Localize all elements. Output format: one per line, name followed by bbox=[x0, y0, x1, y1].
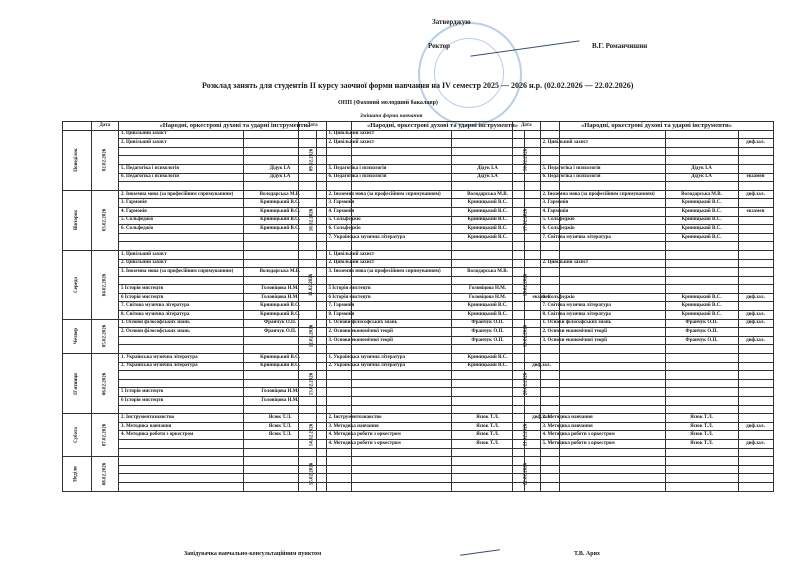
table-row: 2. Основи економічної теоріїФранчук О.П. bbox=[513, 328, 774, 337]
assessment-cell bbox=[738, 354, 773, 363]
teacher-cell: Дідук І.А bbox=[665, 173, 738, 182]
week-table-3: Дата«Народні, оркестрові духові та ударн… bbox=[512, 121, 774, 492]
teacher-cell bbox=[665, 139, 738, 148]
assessment-cell bbox=[738, 242, 773, 251]
assessment-cell: диф.зал. bbox=[738, 336, 773, 345]
teacher-cell: Ясюк Т.Л. bbox=[665, 431, 738, 440]
day-header-blank bbox=[63, 122, 92, 131]
date-cell: 04.02.2026 bbox=[91, 250, 119, 319]
subject-cell bbox=[540, 448, 665, 457]
date-cell: 17.02.2026 bbox=[513, 190, 541, 250]
subject-cell bbox=[540, 379, 665, 388]
subject-cell: 6. Сольфеджіо bbox=[540, 225, 665, 234]
subject-cell: 2. Цивільний захист bbox=[119, 139, 244, 148]
teacher-cell bbox=[665, 397, 738, 406]
teacher-cell: Криницький В.С. bbox=[665, 207, 738, 216]
subject-cell: 4. Гармонія bbox=[540, 207, 665, 216]
date-cell: 11.02.2026 bbox=[299, 250, 327, 319]
subject-cell: 4. Гармонія bbox=[326, 207, 451, 216]
study-form-label: Змішана форма навчання bbox=[360, 113, 423, 119]
date-header: Дата bbox=[299, 122, 327, 131]
footer-position: Завідувачка навчально-консультаційним пу… bbox=[184, 551, 321, 557]
date-cell: 07.02.2026 bbox=[91, 414, 119, 457]
teacher-cell: Криницький В.С. bbox=[665, 216, 738, 225]
teacher-cell bbox=[665, 268, 738, 277]
subject-cell bbox=[540, 474, 665, 483]
table-row: 4. ГармоніяКриницький В.С.екзамен bbox=[513, 207, 774, 216]
table-row: 5. СольфеджіоКриницький В.С. bbox=[513, 216, 774, 225]
assessment-cell bbox=[738, 225, 773, 234]
assessment-cell: диф.зал. bbox=[738, 319, 773, 328]
table-row: 17.02.20262. Іноземна мова (за професійн… bbox=[513, 190, 774, 199]
subject-cell bbox=[540, 371, 665, 380]
subject-cell bbox=[326, 405, 451, 414]
subject-cell: 3. Гармонія bbox=[119, 199, 244, 208]
assessment-cell: диф.зал. bbox=[738, 139, 773, 148]
subject-cell bbox=[540, 405, 665, 414]
table-row: 18.02.2026 bbox=[513, 250, 774, 259]
subject-cell bbox=[326, 156, 451, 165]
teacher-cell: Ясюк Т.Л. bbox=[665, 414, 738, 423]
subject-cell: 2. Методика навчання bbox=[540, 414, 665, 423]
teacher-cell bbox=[665, 147, 738, 156]
subject-cell: 6. Педагогіка і психологія bbox=[119, 173, 244, 182]
subject-cell bbox=[119, 182, 244, 191]
assessment-cell: диф.зал. bbox=[738, 422, 773, 431]
subject-cell bbox=[326, 345, 451, 354]
teacher-cell bbox=[665, 345, 738, 354]
assessment-cell: екзамен bbox=[738, 173, 773, 182]
table-row bbox=[513, 242, 774, 251]
assessment-cell bbox=[738, 474, 773, 483]
table-row: 5. Методика роботи з оркестромЯсюк Т.Л.д… bbox=[513, 439, 774, 448]
subject-cell: 5. Педагогіка і психологія bbox=[540, 164, 665, 173]
teacher-cell: Франчук О.П. bbox=[665, 336, 738, 345]
day-name-cell: Понеділок bbox=[63, 130, 92, 190]
teacher-cell: Франчук О.П. bbox=[665, 328, 738, 337]
teacher-cell: Володарська М.В. bbox=[665, 190, 738, 199]
subject-cell bbox=[119, 336, 244, 345]
teacher-cell bbox=[665, 405, 738, 414]
subject-cell: 4. Методика роботи з оркестром bbox=[326, 439, 451, 448]
table-row: 16.02.2026 bbox=[513, 130, 774, 139]
subject-cell bbox=[540, 268, 665, 277]
teacher-cell: Ясюк Т.Л. bbox=[665, 439, 738, 448]
subject-cell: 2. Цивільний захист bbox=[540, 259, 665, 268]
table-row: 3. Основи економічної теоріїФранчук О.П.… bbox=[513, 336, 774, 345]
date-cell: 13.02.2026 bbox=[299, 354, 327, 414]
subject-cell: 1. Основи філософських знань bbox=[326, 319, 451, 328]
subject-cell: 7. Світова музична література bbox=[540, 302, 665, 311]
subject-cell: 3. Гармонія bbox=[540, 199, 665, 208]
approve-label: Затверджую bbox=[432, 18, 471, 26]
subject-cell: 3. Іноземна мова (за професійним спрямув… bbox=[119, 268, 244, 277]
rector-label: Ректор bbox=[428, 42, 450, 50]
assessment-cell bbox=[738, 250, 773, 259]
subject-cell bbox=[326, 242, 451, 251]
teacher-cell: Франчук О.П. bbox=[665, 319, 738, 328]
day-name-cell: Неділя bbox=[63, 457, 92, 491]
date-cell: 15.02.2026 bbox=[299, 457, 327, 491]
teacher-cell bbox=[665, 362, 738, 371]
subject-cell bbox=[119, 405, 244, 414]
subject-cell bbox=[540, 397, 665, 406]
subject-cell: 3. Основи економічної теорії bbox=[540, 336, 665, 345]
table-row: 3. Методика навчанняЯсюк Т.Л.диф.зал. bbox=[513, 422, 774, 431]
table-row bbox=[513, 345, 774, 354]
subject-cell: 7. Світова музична література bbox=[540, 233, 665, 242]
head-signature bbox=[460, 549, 500, 556]
assessment-cell bbox=[738, 216, 773, 225]
table-row bbox=[513, 285, 774, 294]
table-row bbox=[513, 388, 774, 397]
subject-cell bbox=[119, 345, 244, 354]
teacher-cell: Криницький В.С. bbox=[665, 225, 738, 234]
subject-cell: 7. Гармонія bbox=[326, 302, 451, 311]
subject-cell bbox=[119, 379, 244, 388]
subject-cell: 1. Основи філософських знань bbox=[119, 319, 244, 328]
table-row: 7. Світова музична літератураКриницький … bbox=[513, 302, 774, 311]
day-name-cell: Субота bbox=[63, 414, 92, 457]
subject-cell bbox=[326, 371, 451, 380]
teacher-cell bbox=[665, 182, 738, 191]
date-header: Дата bbox=[513, 122, 541, 131]
assessment-cell bbox=[738, 448, 773, 457]
date-cell: 05.02.2026 bbox=[91, 319, 119, 353]
assessment-cell bbox=[738, 379, 773, 388]
subject-cell bbox=[326, 474, 451, 483]
date-cell: 14.02.2026 bbox=[299, 414, 327, 457]
table-row bbox=[513, 182, 774, 191]
subject-cell: 6 Історія мистецтв bbox=[119, 397, 244, 406]
subject-cell: 5. Сольфеджіо bbox=[540, 216, 665, 225]
subject-cell: 4. Методика роботи з оркестром bbox=[540, 431, 665, 440]
subject-cell: 5. Педагогіка і психологія bbox=[119, 164, 244, 173]
assessment-cell bbox=[738, 431, 773, 440]
teacher-cell bbox=[665, 285, 738, 294]
day-name-cell: Середа bbox=[63, 250, 92, 319]
subject-cell: 1. Цивільний захист bbox=[119, 250, 244, 259]
program-label: ОПП (Фаховий молодший бакалавр) bbox=[338, 100, 438, 106]
subject-cell bbox=[119, 233, 244, 242]
table-row: 3. ГармоніяКриницький В.С. bbox=[513, 199, 774, 208]
subject-cell: 3. Гармонія bbox=[326, 199, 451, 208]
assessment-cell bbox=[738, 302, 773, 311]
teacher-cell bbox=[665, 130, 738, 139]
subject-cell bbox=[119, 474, 244, 483]
subject-cell: 1. Українська музична література bbox=[119, 354, 244, 363]
subject-cell bbox=[540, 388, 665, 397]
assessment-cell: диф.зал. bbox=[738, 190, 773, 199]
assessment-cell bbox=[738, 199, 773, 208]
date-cell: 18.02.2026 bbox=[513, 250, 541, 319]
subject-cell: 3. Іноземна мова (за професійним спрямув… bbox=[326, 268, 451, 277]
subject-cell: 1. Основи філософських знань bbox=[540, 319, 665, 328]
subject-cell: 6. Сольфеджіо bbox=[326, 225, 451, 234]
subject-cell: 2. Іноземна мова (за професійним спрямув… bbox=[540, 190, 665, 199]
table-row bbox=[513, 362, 774, 371]
subject-cell: 1. Цивільний захист bbox=[119, 130, 244, 139]
assessment-cell bbox=[738, 268, 773, 277]
assessment-cell bbox=[738, 362, 773, 371]
subject-cell bbox=[326, 465, 451, 474]
teacher-cell bbox=[665, 354, 738, 363]
table-row: 2. Цивільний захистдиф.зал. bbox=[513, 139, 774, 148]
assessment-cell bbox=[738, 465, 773, 474]
date-cell: 09.02.2026 bbox=[299, 130, 327, 190]
subject-cell: 6 Історія мистецтв bbox=[119, 293, 244, 302]
subject-cell: 2. Цивільний захист bbox=[326, 259, 451, 268]
subject-cell: 5. Сольфеджіо bbox=[119, 216, 244, 225]
teacher-cell: Ясюк Т.Л. bbox=[665, 422, 738, 431]
date-cell: 08.02.2026 bbox=[91, 457, 119, 491]
subject-cell bbox=[326, 379, 451, 388]
teacher-cell bbox=[665, 276, 738, 285]
teacher-cell: Криницький В.С. bbox=[665, 311, 738, 320]
teacher-cell bbox=[665, 156, 738, 165]
table-row: 19.02.20261. Основи філософських знаньФр… bbox=[513, 319, 774, 328]
teacher-cell bbox=[665, 259, 738, 268]
subject-cell: 2. Українська музична література bbox=[119, 362, 244, 371]
subject-cell bbox=[326, 482, 451, 491]
subject-cell: 1. Українська музична література bbox=[326, 354, 451, 363]
assessment-cell: диф.зал. bbox=[738, 439, 773, 448]
subject-cell: 2. Цивільний захист bbox=[540, 139, 665, 148]
assessment-cell bbox=[738, 130, 773, 139]
teacher-cell bbox=[665, 474, 738, 483]
table-row bbox=[513, 465, 774, 474]
teacher-cell bbox=[665, 250, 738, 259]
subject-cell bbox=[540, 362, 665, 371]
subject-cell: 5. Педагогіка і психологія bbox=[326, 164, 451, 173]
teacher-cell bbox=[665, 371, 738, 380]
table-row bbox=[513, 156, 774, 165]
subject-cell bbox=[119, 465, 244, 474]
table-row: 20.02.2026 bbox=[513, 354, 774, 363]
subject-cell: 2. Основи економічної теорії bbox=[540, 328, 665, 337]
date-cell: 22.02.2026 bbox=[513, 457, 541, 491]
subject-cell: 7. Українська музична література bbox=[326, 233, 451, 242]
table-row bbox=[513, 474, 774, 483]
assessment-cell bbox=[738, 276, 773, 285]
subject-cell bbox=[326, 276, 451, 285]
table-row: 22.02.2026 bbox=[513, 457, 774, 466]
date-cell: 12.02.2026 bbox=[299, 319, 327, 353]
subject-cell: 5 Історія мистецтв bbox=[326, 285, 451, 294]
table-row bbox=[513, 405, 774, 414]
subject-cell: 2. Інструментознавство bbox=[119, 414, 244, 423]
subject-cell bbox=[540, 345, 665, 354]
subject-cell: 1. Цивільний захист bbox=[326, 130, 451, 139]
teacher-cell bbox=[665, 482, 738, 491]
date-header: Дата bbox=[91, 122, 119, 131]
subject-cell bbox=[119, 156, 244, 165]
table-row: 4. Методика роботи з оркестромЯсюк Т.Л. bbox=[513, 431, 774, 440]
subject-cell bbox=[119, 371, 244, 380]
subject-cell bbox=[119, 242, 244, 251]
subject-cell: 2. Іноземна мова (за професійним спрямув… bbox=[326, 190, 451, 199]
table-row: 6. Педагогіка і психологіяДідук І.Аекзам… bbox=[513, 173, 774, 182]
assessment-cell bbox=[738, 328, 773, 337]
day-name-cell: Четвер bbox=[63, 319, 92, 353]
assessment-cell bbox=[738, 233, 773, 242]
teacher-cell bbox=[665, 242, 738, 251]
assessment-cell bbox=[738, 156, 773, 165]
official-stamp bbox=[418, 22, 522, 126]
table-row bbox=[513, 147, 774, 156]
subject-cell bbox=[540, 354, 665, 363]
table-row bbox=[513, 268, 774, 277]
rector-name: В.Г. Романчишин bbox=[592, 42, 647, 50]
subject-cell bbox=[540, 276, 665, 285]
subject-cell: 2. Іноземна мова (за професійним спрямув… bbox=[119, 190, 244, 199]
assessment-cell bbox=[738, 388, 773, 397]
subject-cell bbox=[540, 242, 665, 251]
subject-cell: 6. Педагогіка і психологія bbox=[326, 173, 451, 182]
subject-cell: 6 Історія мистецтв bbox=[326, 293, 451, 302]
assessment-cell: диф.зал. bbox=[738, 293, 773, 302]
assessment-cell bbox=[738, 371, 773, 380]
date-cell: 06.02.2026 bbox=[91, 354, 119, 414]
teacher-cell bbox=[665, 388, 738, 397]
specialty-header: «Народні, оркестрові духові та ударні ін… bbox=[540, 122, 773, 131]
assessment-cell bbox=[738, 345, 773, 354]
assessment-cell bbox=[738, 397, 773, 406]
subject-cell bbox=[119, 147, 244, 156]
document-title: Розклад занять для студентів ІІ курсу за… bbox=[202, 81, 633, 90]
subject-cell bbox=[540, 465, 665, 474]
date-cell: 20.02.2026 bbox=[513, 354, 541, 414]
date-cell: 03.02.2026 bbox=[91, 190, 119, 250]
assessment-cell bbox=[738, 457, 773, 466]
subject-cell: 7. Світова музична література bbox=[119, 302, 244, 311]
assessment-cell bbox=[738, 147, 773, 156]
subject-cell: 5 Історія мистецтв bbox=[119, 388, 244, 397]
teacher-cell: Дідук І.А bbox=[665, 164, 738, 173]
assessment-cell bbox=[738, 414, 773, 423]
date-cell: 16.02.2026 bbox=[513, 130, 541, 190]
table-row bbox=[513, 397, 774, 406]
date-cell: 19.02.2026 bbox=[513, 319, 541, 353]
date-cell: 02.02.2026 bbox=[91, 130, 119, 190]
day-name-cell: Вівторок bbox=[63, 190, 92, 250]
subject-cell bbox=[326, 147, 451, 156]
subject-cell bbox=[119, 439, 244, 448]
table-row bbox=[513, 276, 774, 285]
subject-cell bbox=[540, 156, 665, 165]
subject-cell bbox=[326, 457, 451, 466]
subject-cell bbox=[119, 457, 244, 466]
subject-cell: 2. Основи філософських знань bbox=[119, 328, 244, 337]
teacher-cell bbox=[665, 465, 738, 474]
date-cell: 21.02.2026 bbox=[513, 414, 541, 457]
subject-cell bbox=[540, 482, 665, 491]
subject-cell: 3. Методика навчання bbox=[540, 422, 665, 431]
table-row: 6. СольфеджіоКриницький В.С. bbox=[513, 225, 774, 234]
subject-cell bbox=[540, 285, 665, 294]
date-cell: 10.02.2026 bbox=[299, 190, 327, 250]
subject-cell: 1. Цивільний захист bbox=[326, 250, 451, 259]
teacher-cell: Криницький В.С. bbox=[665, 199, 738, 208]
subject-cell: 8. Гармонія bbox=[326, 311, 451, 320]
teacher-cell: Криницький В.С. bbox=[665, 302, 738, 311]
teacher-cell bbox=[665, 448, 738, 457]
subject-cell: 3. Основи економічної теорії bbox=[326, 336, 451, 345]
table-row: 6. СольфеджіоКриницький В.С.диф.зал. bbox=[513, 293, 774, 302]
subject-cell: 2. Цивільний захист bbox=[119, 259, 244, 268]
subject-cell: 6. Сольфеджіо bbox=[540, 293, 665, 302]
table-row: 21.02.20262. Методика навчанняЯсюк Т.Л. bbox=[513, 414, 774, 423]
table-row: 8. Світова музична літератураКриницький … bbox=[513, 311, 774, 320]
subject-cell: 4. Гармонія bbox=[119, 207, 244, 216]
subject-cell: 4. Методика роботи з оркестром bbox=[119, 431, 244, 440]
assessment-cell: екзамен bbox=[738, 207, 773, 216]
subject-cell bbox=[119, 482, 244, 491]
subject-cell: 2. Цивільний захист bbox=[326, 139, 451, 148]
subject-cell bbox=[540, 250, 665, 259]
teacher-cell bbox=[665, 379, 738, 388]
table-row: 2. Цивільний захист bbox=[513, 259, 774, 268]
subject-cell bbox=[119, 276, 244, 285]
subject-cell: 5. Методика роботи з оркестром bbox=[540, 439, 665, 448]
assessment-cell bbox=[738, 259, 773, 268]
footer-name: Т.В. Арих bbox=[574, 551, 600, 557]
subject-cell bbox=[119, 448, 244, 457]
table-row: 5. Педагогіка і психологіяДідук І.А bbox=[513, 164, 774, 173]
assessment-cell bbox=[738, 182, 773, 191]
table-row bbox=[513, 379, 774, 388]
subject-cell bbox=[326, 448, 451, 457]
subject-cell: 6. Сольфеджіо bbox=[119, 225, 244, 234]
subject-cell: 6. Педагогіка і психологія bbox=[540, 173, 665, 182]
subject-cell bbox=[540, 130, 665, 139]
subject-cell: 3. Методика навчання bbox=[326, 422, 451, 431]
subject-cell: 5 Історія мистецтв bbox=[119, 285, 244, 294]
subject-cell bbox=[540, 147, 665, 156]
subject-cell: 5. Сольфеджіо bbox=[326, 216, 451, 225]
subject-cell: 8. Світова музична література bbox=[540, 311, 665, 320]
assessment-cell bbox=[738, 405, 773, 414]
subject-cell: 2. Інструментознавство bbox=[326, 414, 451, 423]
table-row bbox=[513, 448, 774, 457]
table-row bbox=[513, 482, 774, 491]
table-row bbox=[513, 371, 774, 380]
teacher-cell: Криницький В.С. bbox=[665, 293, 738, 302]
day-name-cell: П'ятниця bbox=[63, 354, 92, 414]
subject-cell: 3. Методика навчання bbox=[119, 422, 244, 431]
subject-cell: 8. Світова музична література bbox=[119, 311, 244, 320]
assessment-cell bbox=[738, 482, 773, 491]
subject-cell: 2. Основи економічної теорії bbox=[326, 328, 451, 337]
subject-cell bbox=[326, 388, 451, 397]
teacher-cell bbox=[665, 457, 738, 466]
subject-cell: 2. Українська музична література bbox=[326, 362, 451, 371]
assessment-cell bbox=[738, 285, 773, 294]
subject-cell bbox=[326, 397, 451, 406]
subject-cell bbox=[326, 182, 451, 191]
subject-cell bbox=[540, 182, 665, 191]
subject-cell bbox=[540, 457, 665, 466]
teacher-cell: Криницький В.С. bbox=[665, 233, 738, 242]
assessment-cell: диф.зал. bbox=[738, 311, 773, 320]
assessment-cell bbox=[738, 164, 773, 173]
table-row: 7. Світова музична літератураКриницький … bbox=[513, 233, 774, 242]
subject-cell: 4. Методика роботи з оркестром bbox=[326, 431, 451, 440]
